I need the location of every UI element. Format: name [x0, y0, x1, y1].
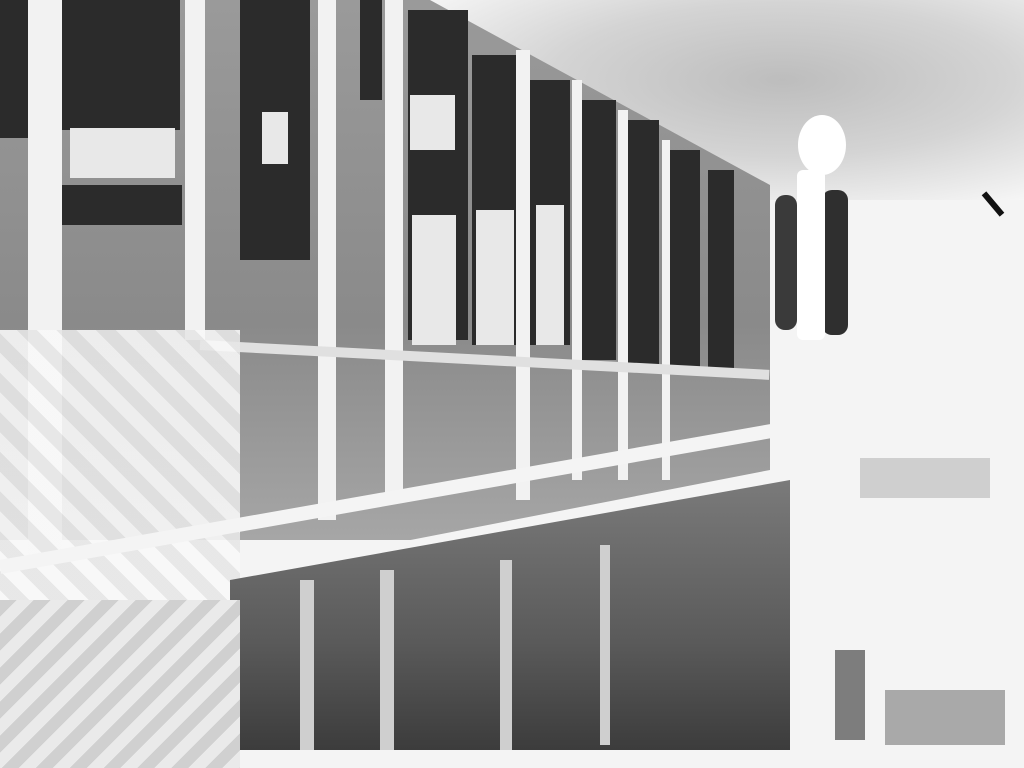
reflected-column [600, 545, 610, 745]
photo-scene [0, 0, 1024, 768]
window [670, 150, 700, 370]
bench-reflection [885, 690, 1005, 745]
reflected-column [300, 580, 314, 750]
person-arm [822, 190, 848, 335]
reflected-column [380, 570, 394, 750]
window-panel [70, 128, 175, 178]
window [708, 170, 734, 370]
window [580, 100, 616, 360]
stone-wall [0, 330, 240, 630]
post [835, 650, 865, 740]
column [662, 140, 670, 480]
column [185, 0, 205, 340]
bench [860, 458, 990, 498]
reflected-wall [0, 600, 240, 768]
window-panel [262, 112, 288, 164]
reflected-column [500, 560, 512, 750]
person-arm [775, 195, 797, 330]
window-panel [412, 215, 456, 345]
window-panel [476, 210, 514, 345]
column [618, 110, 628, 480]
window [0, 0, 28, 138]
window [625, 120, 659, 365]
window-panel [410, 95, 455, 150]
column [516, 50, 530, 500]
column [318, 0, 336, 520]
window-panel [536, 205, 564, 345]
window [62, 185, 182, 225]
person-head [798, 115, 846, 175]
window [360, 0, 382, 100]
column [572, 80, 582, 480]
person-silhouette [797, 170, 825, 340]
window [60, 0, 180, 130]
column [385, 0, 403, 500]
